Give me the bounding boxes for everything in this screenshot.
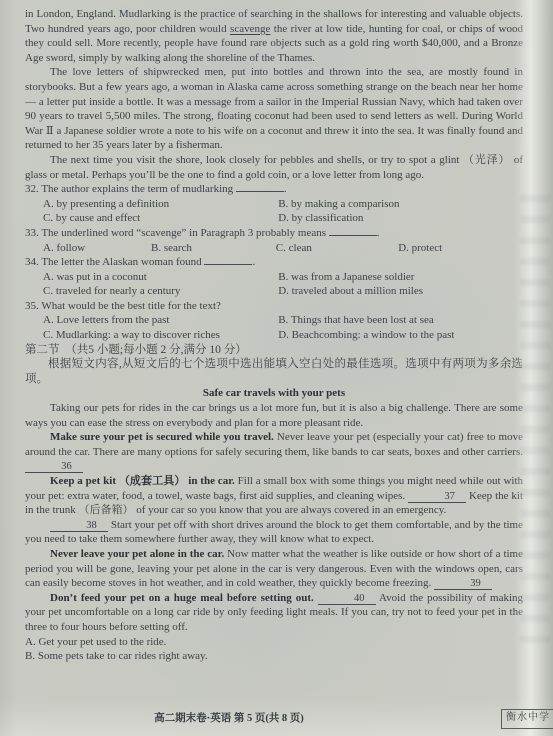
question-number: 33.	[25, 227, 41, 239]
numbered-blank-37: 37	[408, 491, 466, 503]
cloze-paragraph: Make sure your pet is secured while you …	[25, 430, 523, 474]
option: B. by making a comparison	[278, 197, 523, 212]
school-stamp: 衡水中学	[501, 709, 553, 729]
bold-lead-in: Don’t feed your pet on a huge meal befor…	[50, 592, 314, 604]
cloze-passage-title: Safe car travels with your pets	[25, 386, 523, 401]
page-bleed-through-artifact	[520, 195, 550, 645]
question-stem: 35. What would be the best title for the…	[25, 299, 523, 314]
option: D. protect	[398, 241, 523, 256]
reading-passage: in London, England. Mudlarking is the pr…	[25, 7, 523, 182]
question-text: The underlined word “scavenge” in Paragr…	[41, 227, 328, 239]
options-row: A. followB. searchC. cleanD. protect	[25, 241, 523, 256]
option: C. by cause and effect	[43, 211, 278, 226]
cloze-passage: Taking our pets for rides in the car bri…	[25, 401, 523, 635]
passage-paragraph: The next time you visit the shore, look …	[25, 153, 523, 182]
cloze-paragraph: 38 Start your pet off with short drives …	[25, 518, 523, 547]
question-text: The author explains the term of mudlarki…	[41, 183, 236, 195]
option: D. traveled about a million miles	[278, 284, 523, 299]
question-33: 33. The underlined word “scavenge” in Pa…	[25, 226, 523, 255]
cloze-paragraph: Taking our pets for rides in the car bri…	[25, 401, 523, 430]
numbered-blank-38: 38	[50, 520, 108, 532]
bold-lead-in: Never leave your pet alone in the car.	[50, 548, 224, 560]
answer-blank	[329, 235, 377, 236]
option: D. Beachcombing: a window to the past	[278, 328, 523, 343]
question-number: 34.	[25, 256, 41, 268]
text-run: The next time you visit the shore, look …	[25, 154, 523, 181]
cloze-paragraph: Never leave your pet alone in the car. N…	[25, 547, 523, 591]
question-tail: .	[377, 227, 380, 239]
question-stem: 33. The underlined word “scavenge” in Pa…	[25, 226, 523, 241]
option: B. Things that have been lost at sea	[278, 313, 523, 328]
option: C. Mudlarking: a way to discover riches	[43, 328, 278, 343]
question-number: 32.	[25, 183, 41, 195]
question-number: 35.	[25, 300, 41, 312]
choice-line: B. Some pets take to car rides right awa…	[25, 649, 523, 664]
options-row: A. Love letters from the pastB. Things t…	[25, 313, 523, 328]
answer-blank	[236, 191, 284, 192]
options-row: C. traveled for nearly a centuryD. trave…	[25, 284, 523, 299]
underlined-word: scavenge	[230, 23, 270, 35]
text-run: The love letters of shipwrecked men, put…	[25, 66, 523, 151]
cloze-paragraph: Don’t feed your pet on a huge meal befor…	[25, 591, 523, 635]
option: A. was put in a coconut	[43, 270, 278, 285]
cloze-paragraph: Keep a pet kit （成套工具） in the car. Fill a…	[25, 474, 523, 518]
bold-lead-in: Keep a pet kit （成套工具） in the car.	[50, 475, 235, 487]
option: A. by presenting a definition	[43, 197, 278, 212]
question-tail: .	[284, 183, 287, 195]
option: B. search	[151, 241, 276, 256]
option: A. follow	[43, 241, 151, 256]
footer-page-label: 高二期末卷·英语 第 5 页(共 8 页)	[154, 713, 304, 724]
question-34: 34. The letter the Alaskan woman found .…	[25, 255, 523, 299]
option: D. by classification	[278, 211, 523, 226]
question-35: 35. What would be the best title for the…	[25, 299, 523, 343]
text-run: Taking our pets for rides in the car bri…	[25, 402, 523, 429]
numbered-blank-40: 40	[318, 593, 376, 605]
answer-blank	[204, 264, 252, 265]
question-text: The letter the Alaskan woman found	[41, 256, 204, 268]
page-footer: 高二期末卷·英语 第 5 页(共 8 页)	[0, 712, 553, 727]
options-row: C. Mudlarking: a way to discover richesD…	[25, 328, 523, 343]
options-row: A. by presenting a definitionB. by makin…	[25, 197, 523, 212]
option: B. was from a Japanese soldier	[278, 270, 523, 285]
bold-lead-in: Make sure your pet is secured while you …	[50, 431, 274, 443]
question-stem: 32. The author explains the term of mudl…	[25, 182, 523, 197]
question-tail: .	[252, 256, 255, 268]
option: A. Love letters from the past	[43, 313, 278, 328]
passage-paragraph: The love letters of shipwrecked men, put…	[25, 65, 523, 153]
question-stem: 34. The letter the Alaskan woman found .	[25, 255, 523, 270]
option: C. traveled for nearly a century	[43, 284, 278, 299]
question-32: 32. The author explains the term of mudl…	[25, 182, 523, 226]
reading-questions: 32. The author explains the term of mudl…	[25, 182, 523, 343]
numbered-blank-39: 39	[434, 578, 492, 590]
options-row: C. by cause and effectD. by classificati…	[25, 211, 523, 226]
section2-instructions: 根据短文内容,从短文后的七个选项中选出能填入空白处的最佳选项。选项中有两项为多余…	[25, 357, 523, 386]
question-text: What would be the best title for the tex…	[41, 300, 221, 312]
exam-page-scan: in London, England. Mudlarking is the pr…	[0, 0, 553, 736]
section2-heading: 第二节 （共5 小题;每小题 2 分,满分 10 分）	[25, 343, 523, 358]
choice-line: A. Get your pet used to the ride.	[25, 635, 523, 650]
cloze-choices: A. Get your pet used to the ride.B. Some…	[25, 635, 523, 664]
option: C. clean	[276, 241, 398, 256]
numbered-blank-36: 36	[25, 461, 83, 473]
passage-paragraph: in London, England. Mudlarking is the pr…	[25, 7, 523, 65]
options-row: A. was put in a coconutB. was from a Jap…	[25, 270, 523, 285]
